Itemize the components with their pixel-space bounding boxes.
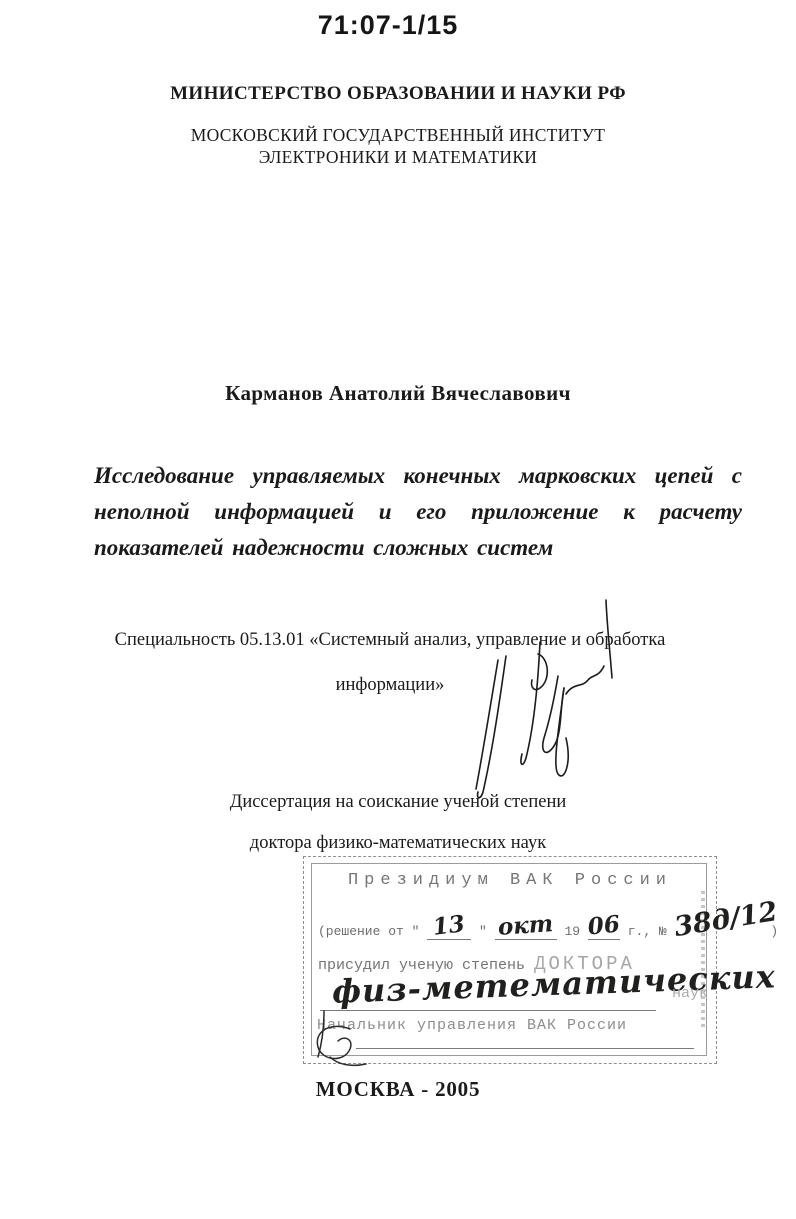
decision-prefix: (решение от " (318, 924, 419, 939)
official-signature-line (356, 1048, 694, 1049)
decision-month-field: окт (495, 916, 557, 940)
decision-day-handwriting: 13 (432, 912, 467, 939)
decision-year-handwriting: 06 (587, 912, 621, 938)
decision-quote: " (479, 924, 487, 939)
ministry-name: МИНИСТЕРСТВО ОБРАЗОВАНИИ И НАУКИ РФ (0, 83, 796, 105)
decision-month-handwriting: окт (497, 912, 554, 939)
stamp-decision-line: (решение от " 13 " окт 19 06 г., № 38д/1… (318, 913, 778, 940)
decision-number-field: 38д/12 (675, 913, 763, 940)
official-signature-graphic (306, 1009, 396, 1071)
dissertation-statement-line2: доктора физико-математических наук (0, 833, 796, 854)
decision-day-field: 13 (427, 916, 471, 940)
institute-name: МОСКОВСКИЙ ГОСУДАРСТВЕННЫЙ ИНСТИТУТ ЭЛЕК… (0, 124, 796, 168)
vak-approval-stamp: Президиум ВАК России (решение от " 13 " … (303, 856, 717, 1064)
author-name: Карманов Анатолий Вячеславович (0, 381, 796, 406)
decision-middle-text: г., № (628, 924, 667, 939)
institute-name-line2: ЭЛЕКТРОНИКИ И МАТЕМАТИКИ (0, 146, 796, 168)
dissertation-title: Исследование управляемых конечных марков… (94, 458, 742, 566)
field-suffix: наук (672, 985, 708, 1002)
stamp-header: Президиум ВАК России (304, 871, 716, 890)
institute-name-line1: МОСКОВСКИЙ ГОСУДАРСТВЕННЫЙ ИНСТИТУТ (0, 124, 796, 146)
decision-year-field: 06 (588, 916, 620, 940)
decision-year-printed: 19 (564, 924, 580, 939)
author-signature-graphic (452, 596, 637, 806)
catalog-number: 71:07-1/15 (0, 10, 786, 41)
dissertation-title-page: 71:07-1/15 МИНИСТЕРСТВО ОБРАЗОВАНИИ И НА… (0, 0, 796, 1219)
dissertation-statement-line1: Диссертация на соискание ученой степени (0, 792, 796, 813)
city-year: МОСКВА - 2005 (0, 1077, 796, 1102)
